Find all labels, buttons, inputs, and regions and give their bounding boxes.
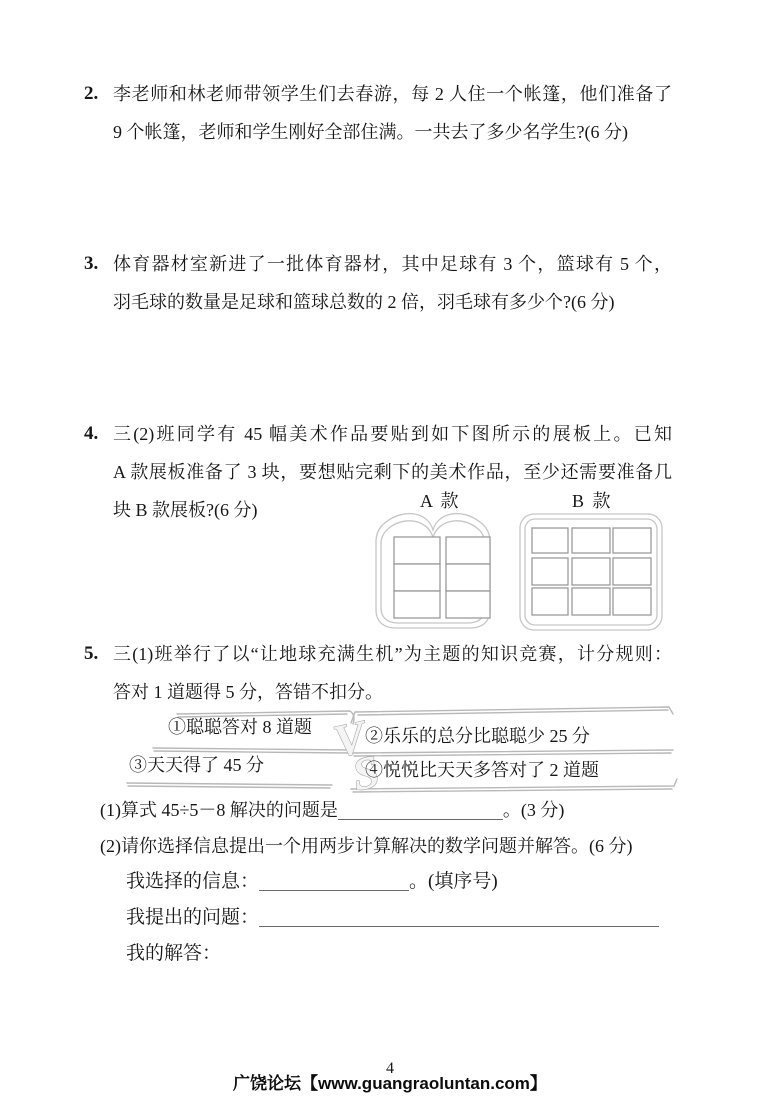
board-cell — [613, 588, 651, 615]
question-5-sub-1: (1)算式 45÷5－8 解决的问题是。(3 分) — [100, 798, 564, 822]
question-3: 3. 体育器材室新进了一批体育器材，其中足球有 3 个，篮球有 5 个， 羽毛球… — [60, 245, 672, 321]
question-2-line-1: 李老师和林老师带领学生们去春游，每 2 人住一个帐篷，他们准备了 — [113, 75, 672, 113]
question-4-line-1: 三(2)班同学有 45 幅美术作品要贴到如下图所示的展板上。已知 — [113, 415, 672, 453]
question-2-number: 2. — [84, 75, 98, 113]
board-cell — [394, 564, 440, 591]
board-cell — [446, 564, 490, 591]
board-cell — [532, 588, 568, 615]
question-4-number: 4. — [84, 415, 98, 453]
question-5-number: 5. — [84, 635, 98, 673]
board-cell — [532, 558, 568, 585]
sub-1-prefix: (1)算式 45÷5－8 解决的问题是 — [100, 800, 338, 820]
board-a-cells — [394, 537, 490, 618]
question-3-line-2: 羽毛球的数量是足球和篮球总数的 2 倍，羽毛球有多少个?(6 分) — [113, 283, 672, 321]
sub-1-suffix: 。(3 分) — [503, 800, 565, 820]
board-cell — [446, 591, 490, 618]
display-boards-diagram — [370, 500, 670, 640]
answer-question-line: 我提出的问题： — [126, 906, 659, 930]
answer-pick-line: 我选择的信息：。(填序号) — [126, 870, 498, 894]
answer-blank-question[interactable] — [259, 907, 659, 927]
board-cell — [394, 591, 440, 618]
board-cell — [572, 588, 610, 615]
board-cell — [532, 528, 568, 553]
watermark-footer: 广饶论坛【www.guangraoluntan.com】 — [0, 1074, 780, 1094]
answer-solution-line: 我的解答： — [126, 942, 221, 966]
question-label: 我提出的问题： — [126, 907, 259, 928]
question-4-line-2: A 款展板准备了 3 块，要想贴完剩下的美术作品，至少还需要准备几 — [113, 453, 672, 491]
question-2-line-2: 9 个帐篷，老师和学生刚好全部住满。一共去了多少名学生?(6 分) — [113, 113, 672, 151]
info-item-1: ①聪聪答对 8 道题 — [168, 717, 312, 738]
board-cell — [572, 558, 610, 585]
board-cell — [613, 558, 651, 585]
board-cell — [446, 537, 490, 564]
board-b-cells — [532, 528, 651, 615]
board-b-diagram — [520, 514, 662, 630]
board-a-diagram — [376, 514, 490, 628]
question-3-line-1: 体育器材室新进了一批体育器材，其中足球有 3 个，篮球有 5 个， — [113, 245, 672, 283]
info-item-3: ③天天得了 45 分 — [129, 755, 264, 776]
board-cell — [572, 528, 610, 553]
answer-blank-pick[interactable] — [259, 871, 409, 891]
vs-banner-graphic: V S — [120, 700, 680, 802]
pick-label: 我选择的信息： — [126, 871, 259, 892]
question-5-sub-2: (2)请你选择信息提出一个用两步计算解决的数学问题并解答。(6 分) — [100, 834, 632, 858]
sub-2-text: (2)请你选择信息提出一个用两步计算解决的数学问题并解答。(6 分) — [100, 836, 632, 856]
solution-label: 我的解答： — [126, 943, 221, 964]
worksheet-page: 2. 李老师和林老师带领学生们去春游，每 2 人住一个帐篷，他们准备了 9 个帐… — [0, 0, 780, 1103]
info-item-4: ④悦悦比天天多答对了 2 道题 — [365, 760, 599, 781]
answer-blank-sub-1[interactable] — [338, 801, 503, 820]
question-2: 2. 李老师和林老师带领学生们去春游，每 2 人住一个帐篷，他们准备了 9 个帐… — [60, 75, 672, 151]
question-5-line-1: 三(1)班举行了以“让地球充满生机”为主题的知识竞赛，计分规则： — [113, 635, 672, 673]
board-cell — [394, 537, 440, 564]
pick-suffix: 。(填序号) — [409, 871, 498, 892]
info-item-2: ②乐乐的总分比聪聪少 25 分 — [365, 726, 590, 747]
board-cell — [613, 528, 651, 553]
question-3-number: 3. — [84, 245, 98, 283]
